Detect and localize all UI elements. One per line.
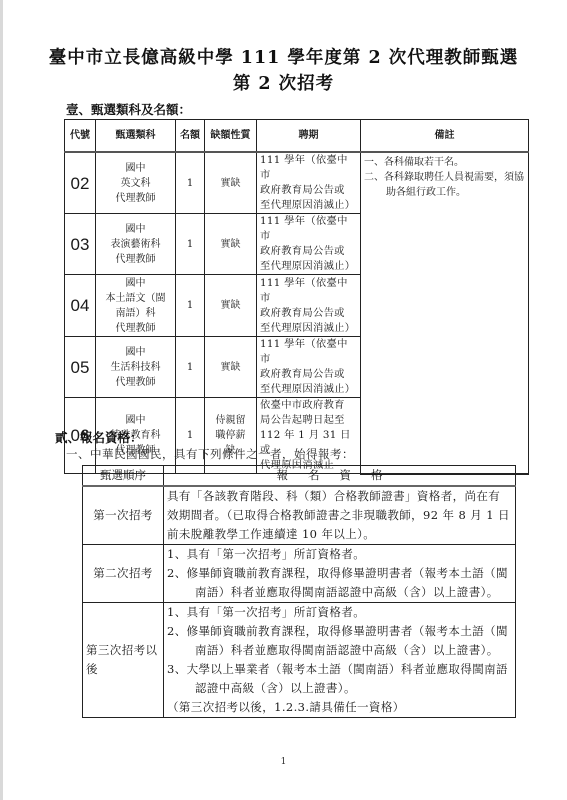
code-cell: 05 [65, 337, 96, 398]
col-header-period: 聘期 [257, 120, 361, 153]
count-cell: 1 [176, 398, 205, 474]
period-line: 局公告起聘日起至 [260, 413, 357, 428]
section1-heading: 壹、甄選類科及名額： [66, 100, 191, 118]
period-line: 111 學年（依臺中市 [260, 153, 357, 183]
period-line: 至代理原因消滅止） [260, 321, 357, 336]
period-line: 政府教育局公告或 [260, 367, 357, 382]
period-cell: 111 學年（依臺中市 政府教育局公告或 至代理原因消滅止） [257, 214, 361, 275]
category-cell: 國中 生活科技科 代理教師 [96, 337, 176, 398]
table-row: 第一次招考 具有「各該教育階段、科（類）合格教師證書」資格者，尚在有效期間者。（… [83, 486, 516, 545]
qualification-item: 3、大學以上畢業者（報考本土語（閩南語）科者並應取得閩南語認證中高級（含）以上證… [167, 660, 512, 698]
category-line: 國中 [99, 413, 172, 428]
period-line: 依臺中市政府教育 [260, 398, 357, 413]
qualification-cell: 1、具有「第一次招考」所訂資格者。 2、修畢師資職前教育課程，取得修畢證明書者（… [164, 545, 516, 603]
round-cell: 第二次招考 [83, 545, 164, 603]
category-cell: 國中 表演藝術科 代理教師 [96, 214, 176, 275]
category-line: 國中 [99, 276, 172, 291]
period-line: 政府教育局公告或 [260, 183, 357, 198]
period-cell: 111 學年（依臺中市 政府教育局公告或 至代理原因消滅止） [257, 152, 361, 214]
period-line: 至代理原因消滅止） [260, 259, 357, 274]
section2-heading: 貳、報名資格： [55, 428, 143, 446]
category-line: 南語）科 [99, 306, 172, 321]
category-line: 代理教師 [99, 375, 172, 390]
col-header-qualification: 報名資格 [164, 466, 516, 487]
category-line: 代理教師 [99, 252, 172, 267]
col-header-nature: 缺額性質 [205, 120, 257, 153]
category-line: 代理教師 [99, 191, 172, 206]
period-line: 111 學年（依臺中市 [260, 214, 357, 244]
category-line: 國中 [99, 222, 172, 237]
page-number: 1 [0, 757, 567, 767]
period-line: 政府教育局公告或 [260, 306, 357, 321]
col-header-notes: 備註 [361, 120, 529, 153]
table-row: 第二次招考 1、具有「第一次招考」所訂資格者。 2、修畢師資職前教育課程，取得修… [83, 545, 516, 603]
period-line: 111 學年（依臺中市 [260, 337, 357, 367]
category-line: 國中 [99, 161, 172, 176]
qualification-footnote: （第三次招考以後，1.2.3.請具備任一資格） [167, 698, 512, 717]
period-cell: 111 學年（依臺中市 政府教育局公告或 至代理原因消滅止） [257, 275, 361, 337]
category-line: 英文科 [99, 176, 172, 191]
document-title: 臺中市立長億高級中學 111 學年度第 2 次代理教師甄選 [0, 44, 567, 69]
note-item: 一、各科備取若干名。 [364, 155, 525, 170]
nature-cell: 實缺 [205, 337, 257, 398]
col-header-category: 甄選類科 [96, 120, 176, 153]
period-cell: 依臺中市政府教育 局公告起聘日起至 112 年 1 月 31 日或 代理原因消滅… [257, 398, 361, 474]
table-header-row: 甄選順序 報名資格 [83, 466, 516, 487]
table-header-row: 代號 甄選類科 名額 缺額性質 聘期 備註 [65, 120, 529, 153]
col-header-count: 名額 [176, 120, 205, 153]
round-cell: 第三次招考以後 [83, 603, 164, 718]
document-subtitle: 第 2 次招考 [0, 70, 567, 95]
qualifications-table: 甄選順序 報名資格 第一次招考 具有「各該教育階段、科（類）合格教師證書」資格者… [82, 465, 516, 718]
qualification-cell: 具有「各該教育階段、科（類）合格教師證書」資格者，尚在有效期間者。（已取得合格教… [164, 486, 516, 545]
count-cell: 1 [176, 275, 205, 337]
qualification-item: 1、具有「第一次招考」所訂資格者。 [167, 545, 512, 564]
positions-table: 代號 甄選類科 名額 缺額性質 聘期 備註 02 國中 英文科 代理教師 1 實… [64, 119, 529, 475]
nature-cell: 侍親留 職停薪 缺 [205, 398, 257, 474]
nature-line: 侍親留 [208, 413, 253, 428]
col-header-round: 甄選順序 [83, 466, 164, 487]
code-cell: 04 [65, 275, 96, 337]
qualification-item: 2、修畢師資職前教育課程，取得修畢證明書者（報考本土語（閩南語）科者並應取得閩南… [167, 564, 512, 602]
table-row: 第三次招考以後 1、具有「第一次招考」所訂資格者。 2、修畢師資職前教育課程，取… [83, 603, 516, 718]
period-line: 至代理原因消滅止） [260, 198, 357, 213]
period-line: 111 學年（依臺中市 [260, 276, 357, 306]
count-cell: 1 [176, 337, 205, 398]
qualification-cell: 1、具有「第一次招考」所訂資格者。 2、修畢師資職前教育課程，取得修畢證明書者（… [164, 603, 516, 718]
category-cell: 國中 英文科 代理教師 [96, 152, 176, 214]
count-cell: 1 [176, 214, 205, 275]
code-cell: 03 [65, 214, 96, 275]
notes-cell: 一、各科備取若干名。 二、各科錄取聘任人員視需要，須協助各組行政工作。 [361, 152, 529, 474]
period-cell: 111 學年（依臺中市 政府教育局公告或 至代理原因消滅止） [257, 337, 361, 398]
nature-cell: 實缺 [205, 214, 257, 275]
qualification-item: 具有「各該教育階段、科（類）合格教師證書」資格者，尚在有效期間者。（已取得合格教… [167, 487, 512, 544]
category-line: 生活科技科 [99, 360, 172, 375]
category-cell: 國中 本土語文（閩 南語）科 代理教師 [96, 275, 176, 337]
nature-cell: 實缺 [205, 152, 257, 214]
qualification-item: 1、具有「第一次招考」所訂資格者。 [167, 603, 512, 622]
category-line: 本土語文（閩 [99, 291, 172, 306]
round-cell: 第一次招考 [83, 486, 164, 545]
period-line: 政府教育局公告或 [260, 244, 357, 259]
count-cell: 1 [176, 152, 205, 214]
section2-subheading: 一、中華民國國民，具有下列條件之一者，始得報考： [66, 446, 354, 462]
category-line: 國中 [99, 345, 172, 360]
page-edge [0, 0, 3, 800]
col-header-code: 代號 [65, 120, 96, 153]
note-item: 二、各科錄取聘任人員視需要，須協助各組行政工作。 [364, 170, 525, 200]
period-line: 至代理原因消滅止） [260, 382, 357, 397]
qualification-item: 2、修畢師資職前教育課程，取得修畢證明書者（報考本土語（閩南語）科者並應取得閩南… [167, 622, 512, 660]
nature-cell: 實缺 [205, 275, 257, 337]
code-cell: 02 [65, 152, 96, 214]
nature-line: 職停薪 [208, 428, 253, 443]
category-line: 代理教師 [99, 321, 172, 336]
category-line: 表演藝術科 [99, 237, 172, 252]
table-row: 02 國中 英文科 代理教師 1 實缺 111 學年（依臺中市 政府教育局公告或… [65, 152, 529, 214]
